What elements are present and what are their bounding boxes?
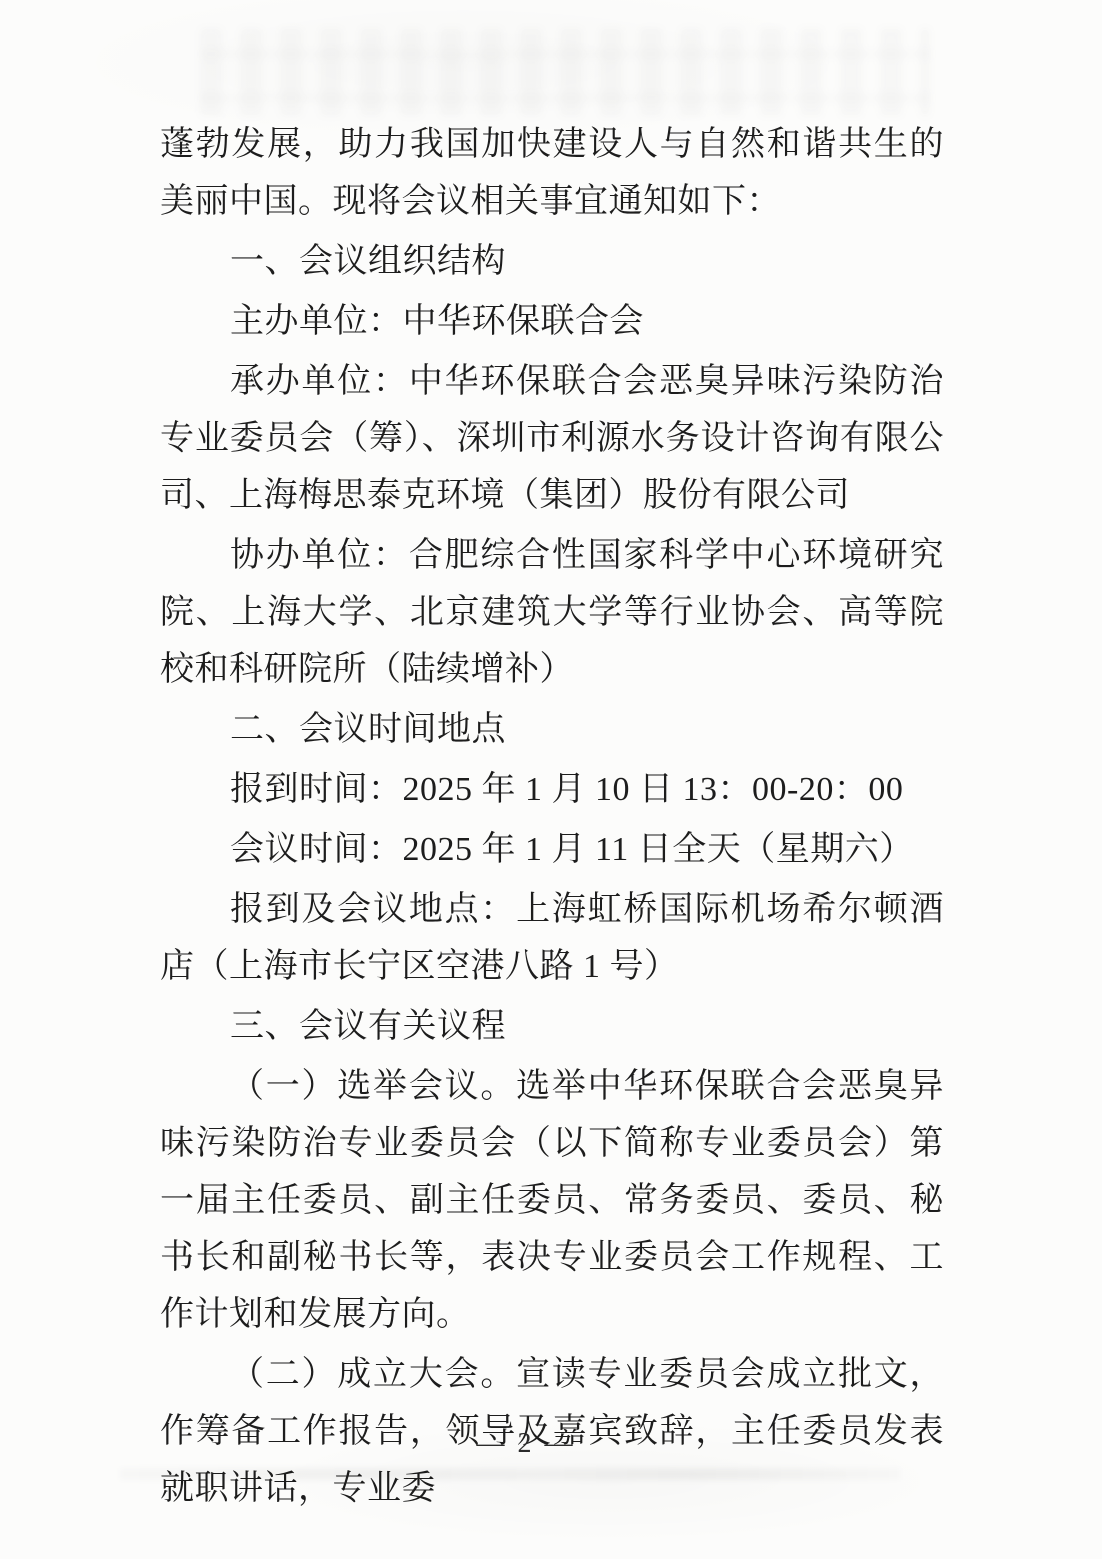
scanned-document-page: 蓬勃发展，助力我国加快建设人与自然和谐共生的美丽中国。现将会议相关事宜通知如下：… (0, 0, 1102, 1559)
paragraph: 蓬勃发展，助力我国加快建设人与自然和谐共生的美丽中国。现将会议相关事宜通知如下： (160, 116, 944, 230)
section-heading: 三、会议有关议程 (160, 998, 944, 1055)
paragraph: 会议时间：2025 年 1 月 11 日全天（星期六） (160, 821, 944, 878)
paragraph: 承办单位：中华环保联合会恶臭异味污染防治专业委员会（筹）、深圳市利源水务设计咨询… (160, 353, 944, 524)
paragraph: （一）选举会议。选举中华环保联合会恶臭异味污染防治专业委员会（以下简称专业委员会… (160, 1058, 944, 1343)
section-heading: 二、会议时间地点 (160, 701, 944, 758)
page-number: — 2 — (0, 1428, 1052, 1460)
document-body: 蓬勃发展，助力我国加快建设人与自然和谐共生的美丽中国。现将会议相关事宜通知如下：… (160, 116, 944, 1520)
paragraph: 报到及会议地点：上海虹桥国际机场希尔顿酒店（上海市长宁区空港八路 1 号） (160, 881, 944, 995)
paragraph: 主办单位：中华环保联合会 (160, 293, 944, 350)
reverse-side-bleed-through-artifact (200, 28, 930, 116)
section-heading: 一、会议组织结构 (160, 233, 944, 290)
paragraph: 协办单位：合肥综合性国家科学中心环境研究院、上海大学、北京建筑大学等行业协会、高… (160, 527, 944, 698)
paragraph: 报到时间：2025 年 1 月 10 日 13：00-20：00 (160, 761, 944, 818)
scan-smudge-artifact (120, 1468, 900, 1480)
